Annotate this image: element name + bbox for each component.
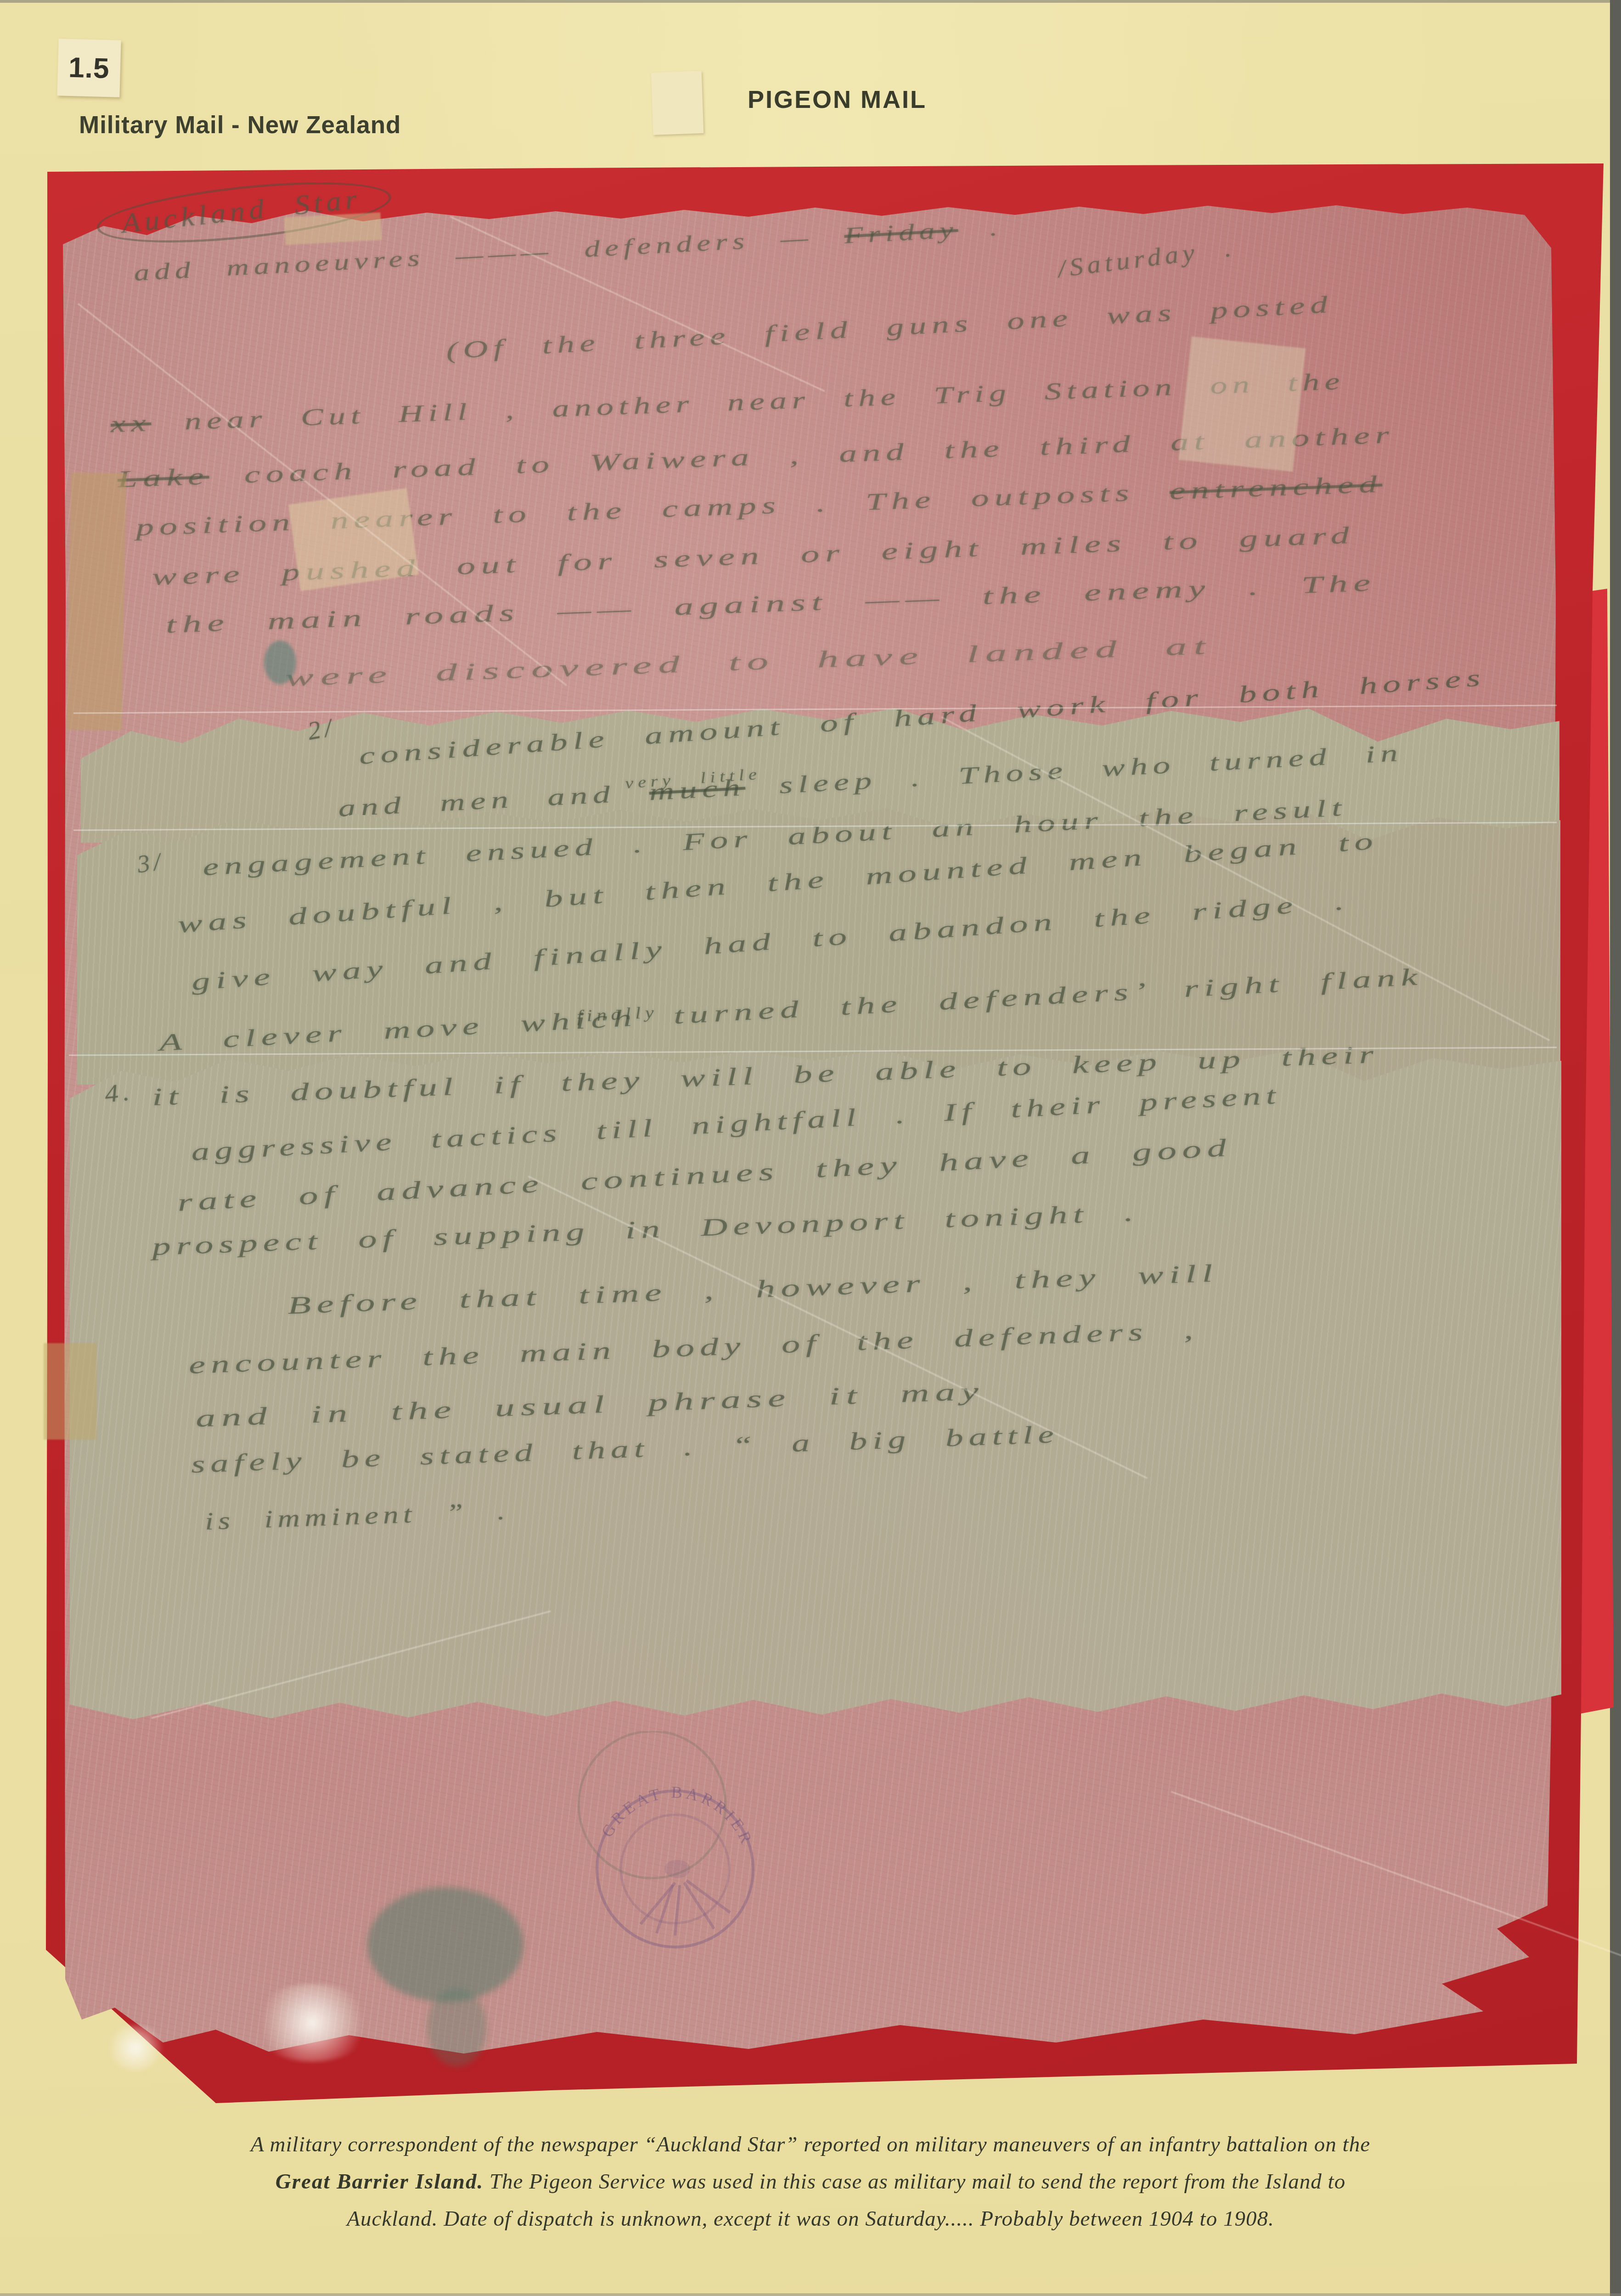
page-title: PIGEON MAIL — [748, 85, 927, 114]
green-stain — [367, 1887, 523, 2002]
blank-paper-slip — [651, 71, 704, 135]
scan-edge-top — [0, 0, 1621, 3]
tape-patch — [1179, 337, 1306, 472]
green-stain — [427, 1988, 487, 2066]
paper-fluff — [103, 2025, 168, 2071]
tape-patch — [288, 488, 419, 591]
paper-fluff — [250, 1984, 374, 2062]
tape-strip — [67, 473, 126, 731]
exhibit-page: { "page": { "item_number": "1.5", "colle… — [0, 0, 1621, 2296]
tape-strip — [44, 1343, 96, 1440]
scan-edge-bottom — [0, 2293, 1621, 2296]
collection-title: Military Mail - New Zealand — [79, 111, 401, 139]
caption-line-2-rest: The Pigeon Service was used in this case… — [484, 2170, 1345, 2194]
caption-line-3: Auckland. Date of dispatch is unknown, e… — [0, 2200, 1621, 2238]
caption: A military correspondent of the newspape… — [0, 2126, 1621, 2238]
caption-line-1: A military correspondent of the newspape… — [0, 2126, 1621, 2163]
tape-strip — [284, 213, 382, 245]
caption-line-2: Great Barrier Island. The Pigeon Service… — [0, 2163, 1621, 2200]
green-speck — [264, 641, 296, 684]
item-number-slip: 1.5 — [57, 39, 121, 97]
caption-bold-lead: Great Barrier Island. — [276, 2170, 484, 2194]
item-number: 1.5 — [68, 51, 110, 84]
